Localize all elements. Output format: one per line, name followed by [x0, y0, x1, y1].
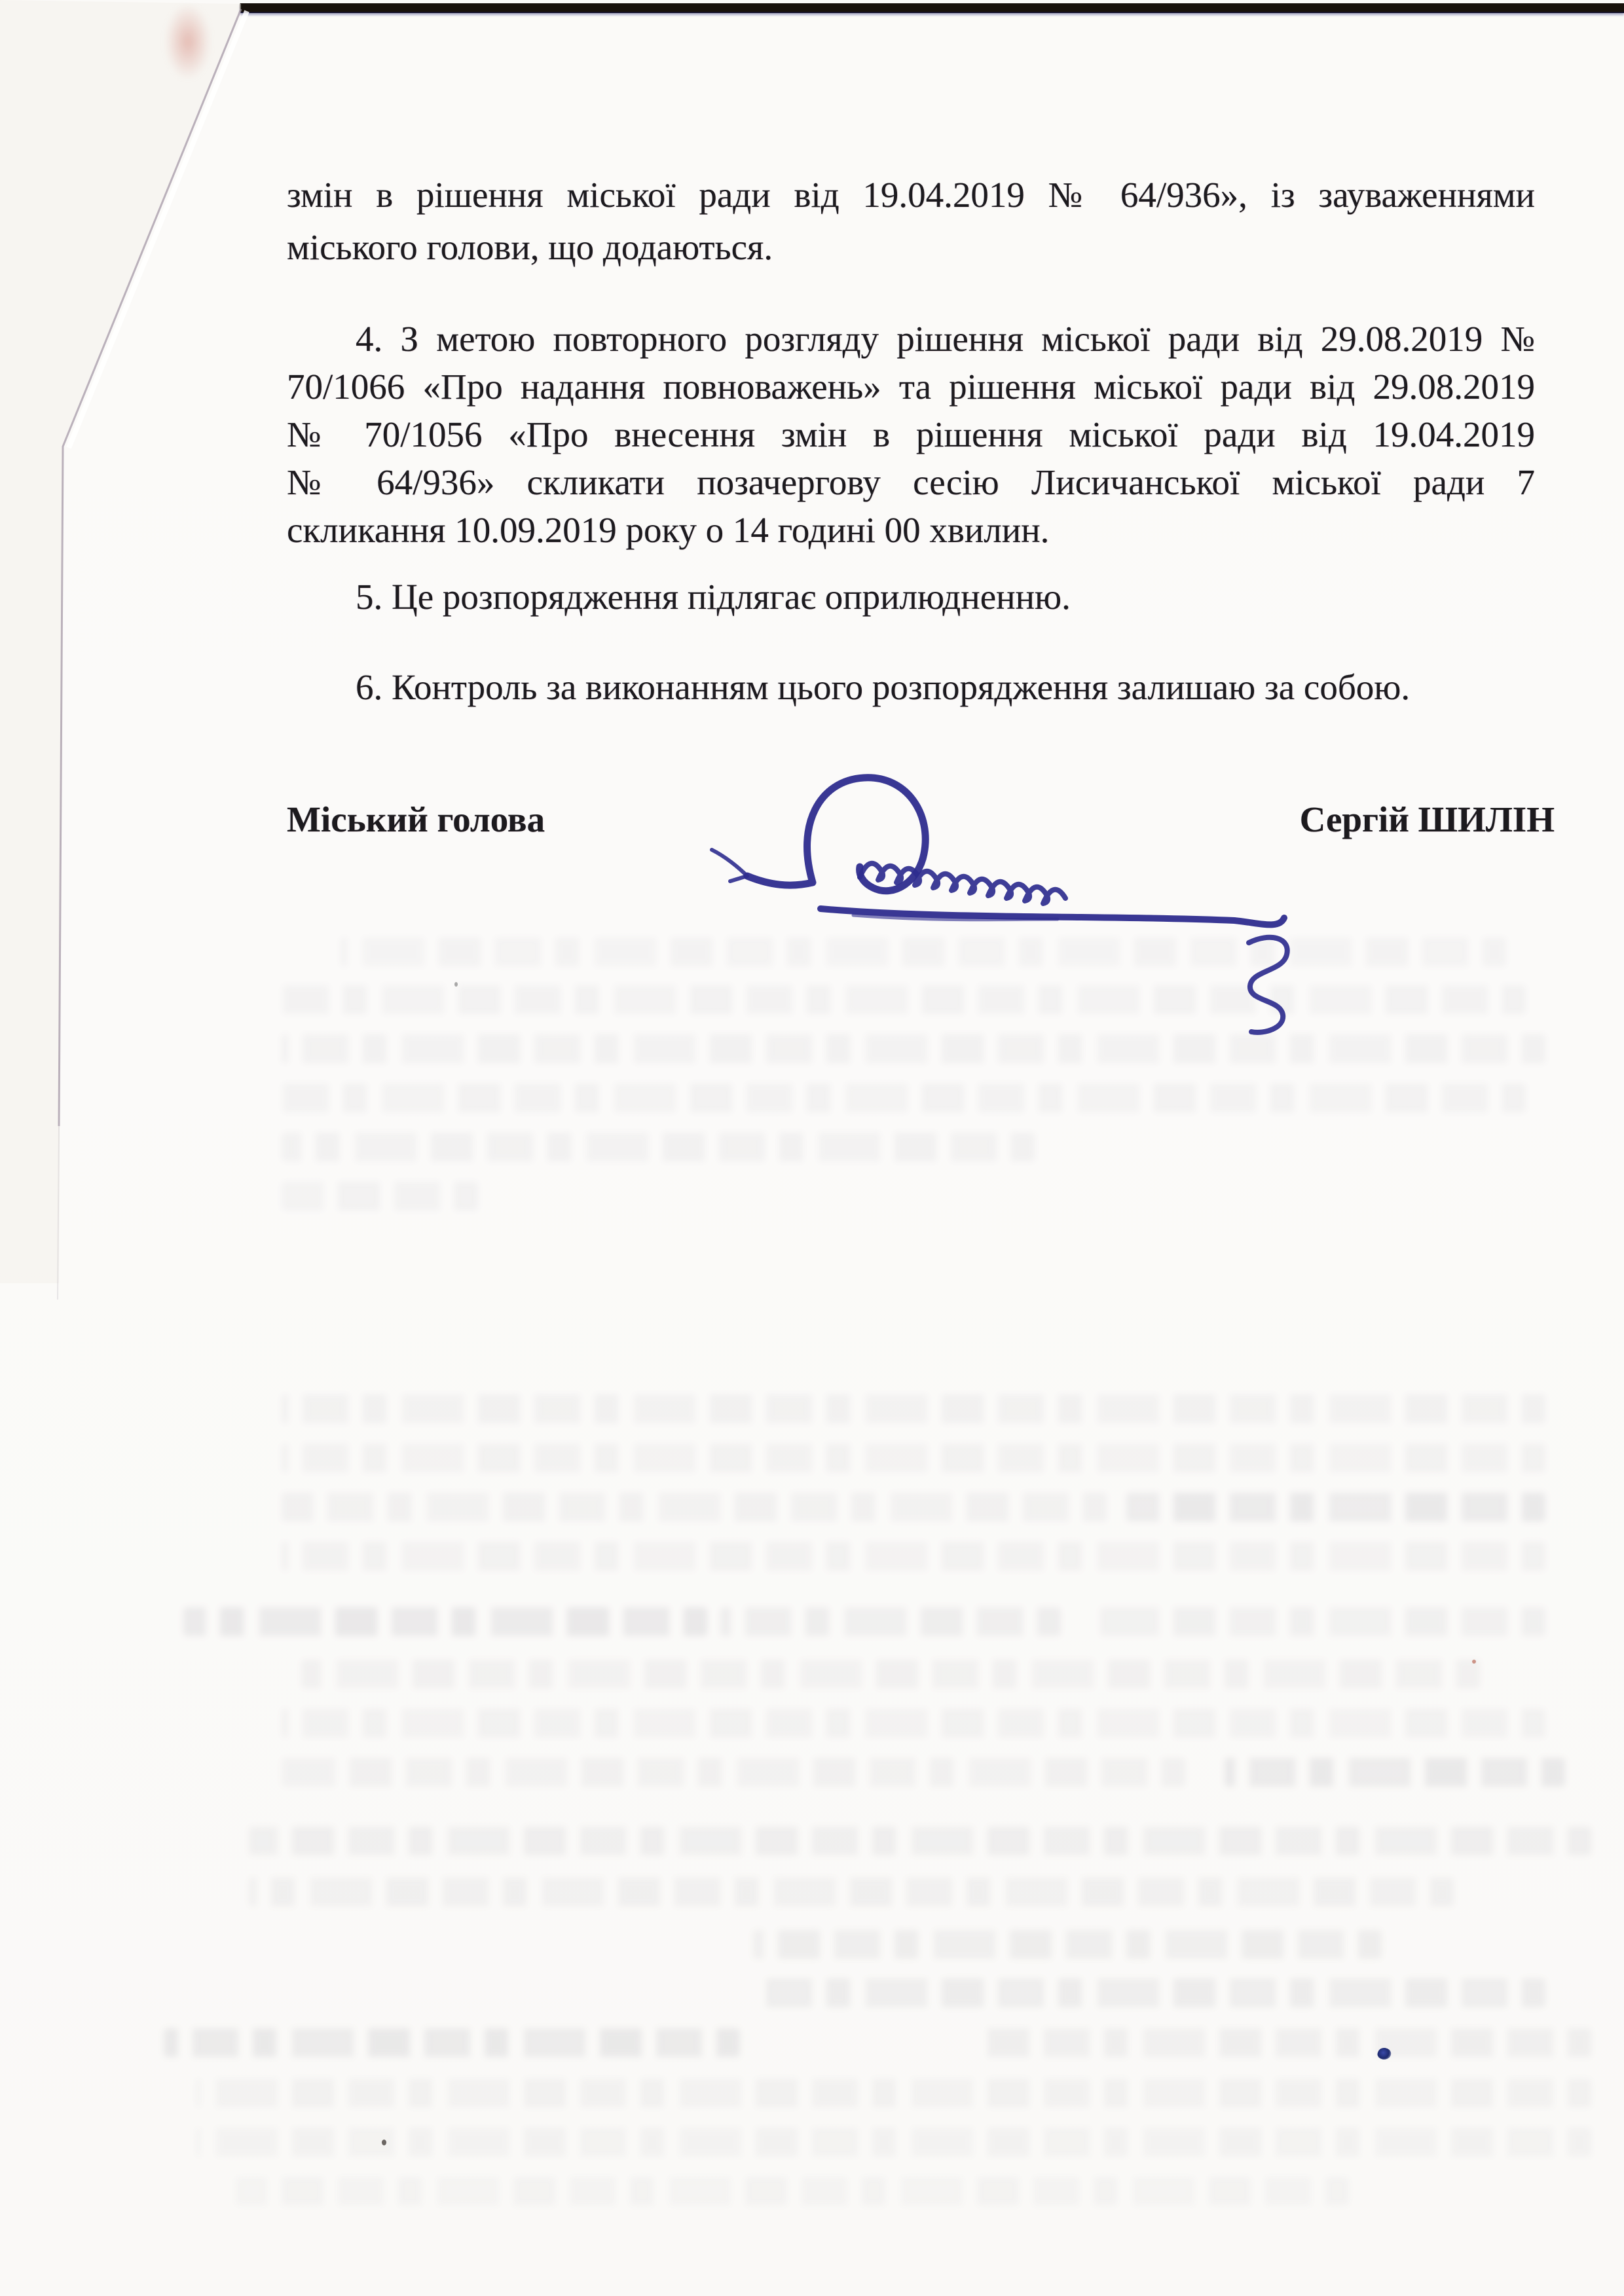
scan-smudge — [165, 4, 211, 79]
bleedthrough-line — [282, 1758, 1185, 1787]
body-text-line: 70/1066 «Про надання повноважень» та ріш… — [287, 363, 1535, 412]
bleedthrough-line-bold — [183, 1607, 707, 1636]
body-text-line: № 64/936» скликати позачергову сесію Лис… — [287, 459, 1535, 507]
body-text-line: № 70/1056 «Про внесення змін в рішення м… — [287, 411, 1535, 460]
paragraph-6: 6. Контроль за виконанням цього розпоряд… — [287, 664, 1535, 712]
bleedthrough-line — [282, 1394, 1545, 1423]
bleedthrough-line — [282, 1542, 1545, 1571]
dust-speck — [1472, 1660, 1476, 1664]
bleedthrough-line — [301, 1660, 1480, 1688]
bleedthrough-line — [282, 1709, 1545, 1738]
body-text-line: змін в рішення міської ради від 19.04.20… — [287, 172, 1535, 220]
bleedthrough-line — [753, 1978, 1545, 2007]
paragraph-5: 5. Це розпорядження підлягає оприлюдненн… — [287, 574, 1535, 622]
signature-ink — [691, 746, 1339, 1054]
bleedthrough-line — [196, 2128, 1591, 2157]
bleedthrough-line — [282, 1182, 478, 1211]
dust-speck — [382, 2140, 386, 2145]
body-text-line: скликання 10.09.2019 року о 14 годині 00… — [287, 507, 1535, 555]
bleedthrough-line-bold — [164, 2028, 740, 2057]
bleedthrough-line-bold — [1126, 1493, 1545, 1522]
bleedthrough-line — [720, 1607, 1061, 1636]
dust-speck — [454, 982, 458, 987]
body-text-line: 4. З метою повторного розгляду рішення м… — [287, 316, 1535, 364]
bleedthrough-line — [1100, 1607, 1545, 1636]
bleedthrough-line — [282, 1133, 1035, 1161]
scanned-document-page: змін в рішення міської ради від 19.04.20… — [0, 0, 1624, 2296]
bleedthrough-line — [236, 2177, 1349, 2206]
bleedthrough-line — [249, 1878, 1454, 1906]
bleedthrough-line-bold — [1225, 1758, 1565, 1787]
bleedthrough-line — [249, 1827, 1591, 1855]
bleedthrough-line — [282, 1493, 1107, 1522]
bleedthrough-line — [282, 1084, 1526, 1112]
bleedthrough-line — [282, 1444, 1545, 1472]
bleedthrough-line — [753, 1930, 1382, 1959]
bleedthrough-line — [196, 2079, 1591, 2107]
bleedthrough-line — [982, 2028, 1591, 2057]
body-text-line: міського голови, що додаються. — [287, 224, 1535, 272]
